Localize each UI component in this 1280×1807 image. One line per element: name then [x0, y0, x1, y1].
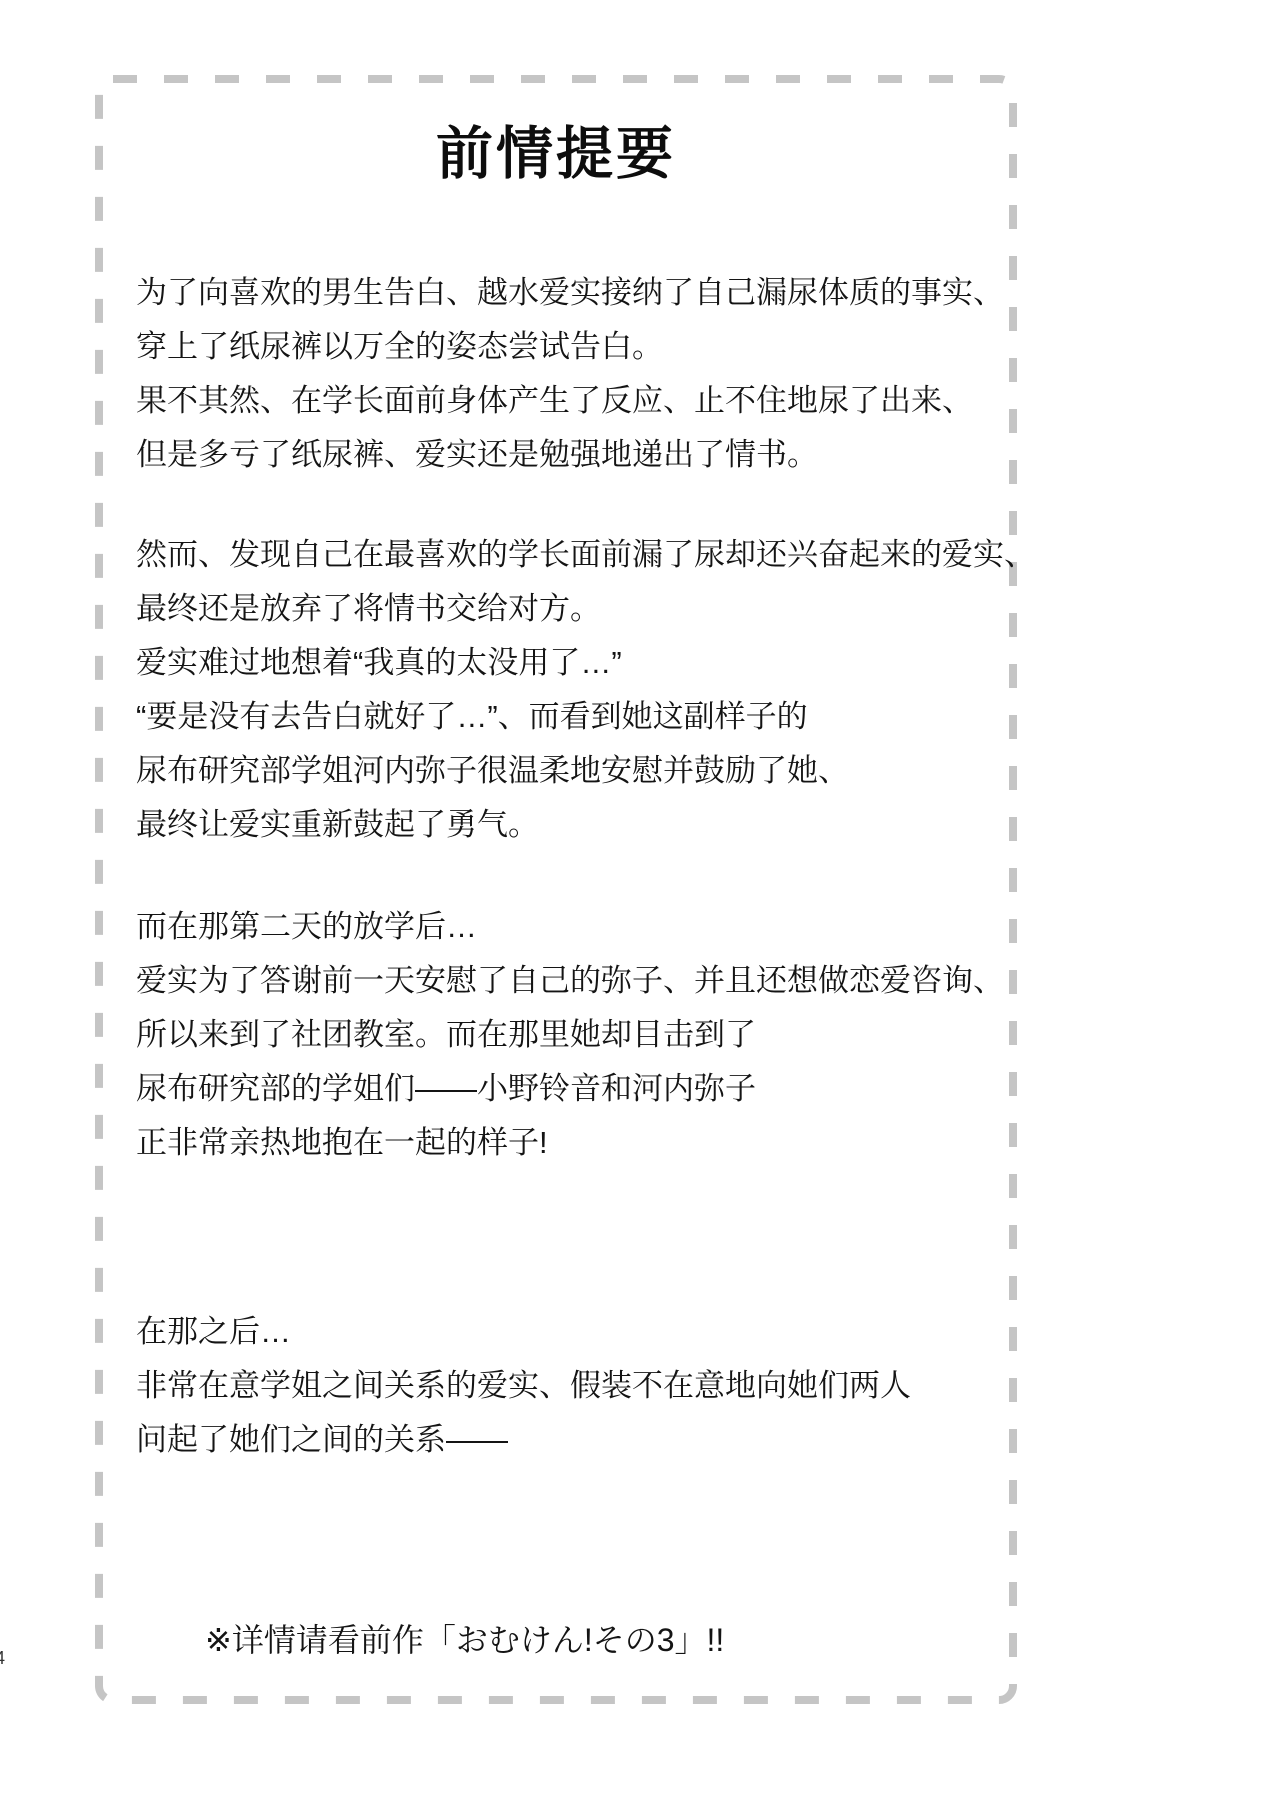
text-line: 在那之后…: [136, 1305, 936, 1359]
paragraph-2: 然而、发现自己在最喜欢的学长面前漏了尿却还兴奋起来的爱实、 最终还是放弃了将情书…: [136, 528, 936, 852]
text-line: 非常在意学姐之间关系的爱实、假装不在意地向她们两人: [136, 1359, 936, 1413]
text-line: 最终还是放弃了将情书交给对方。: [136, 582, 936, 636]
synopsis-body: 为了向喜欢的男生告白、越水爱实接纳了自己漏尿体质的事实、 穿上了纸尿裤以万全的姿…: [136, 266, 936, 1467]
text-line: 而在那第二天的放学后…: [136, 900, 936, 954]
text-line: 爱实难过地想着“我真的太没用了…”: [136, 636, 936, 690]
text-line: 最终让爱实重新鼓起了勇气。: [136, 798, 936, 852]
paragraph-3: 而在那第二天的放学后… 爱实为了答谢前一天安慰了自己的弥子、并且还想做恋爱咨询、…: [136, 900, 936, 1170]
text-line: 然而、发现自己在最喜欢的学长面前漏了尿却还兴奋起来的爱实、: [136, 528, 936, 582]
text-line: 果不其然、在学长面前身体产生了反应、止不住地尿了出来、: [136, 374, 936, 428]
text-line: “要是没有去告白就好了…”、而看到她这副样子的: [136, 690, 936, 744]
paragraph-4: 在那之后… 非常在意学姐之间关系的爱实、假装不在意地向她们两人 问起了她们之间的…: [136, 1305, 936, 1467]
text-line: 尿布研究部学姐河内弥子很温柔地安慰并鼓励了她、: [136, 744, 936, 798]
text-line: 问起了她们之间的关系——: [136, 1413, 936, 1467]
text-line: 尿布研究部的学姐们——小野铃音和河内弥子: [136, 1062, 936, 1116]
text-line: 正非常亲热地抱在一起的样子!: [136, 1116, 936, 1170]
text-line: 所以来到了社团教室。而在那里她却目击到了: [136, 1008, 936, 1062]
footer-note: ※详情请看前作「おむけん!その3」!!: [205, 1618, 724, 1662]
paragraph-1: 为了向喜欢的男生告白、越水爱实接纳了自己漏尿体质的事实、 穿上了纸尿裤以万全的姿…: [136, 266, 936, 482]
text-line: 穿上了纸尿裤以万全的姿态尝试告白。: [136, 320, 936, 374]
page-number: 4: [0, 1648, 5, 1669]
text-line: 但是多亏了纸尿裤、爱实还是勉强地递出了情书。: [136, 428, 936, 482]
page-title: 前情提要: [95, 108, 1017, 190]
text-line: 为了向喜欢的男生告白、越水爱实接纳了自己漏尿体质的事实、: [136, 266, 936, 320]
synopsis-page: 前情提要 为了向喜欢的男生告白、越水爱实接纳了自己漏尿体质的事实、 穿上了纸尿裤…: [0, 0, 1280, 1807]
text-line: 爱实为了答谢前一天安慰了自己的弥子、并且还想做恋爱咨询、: [136, 954, 936, 1008]
